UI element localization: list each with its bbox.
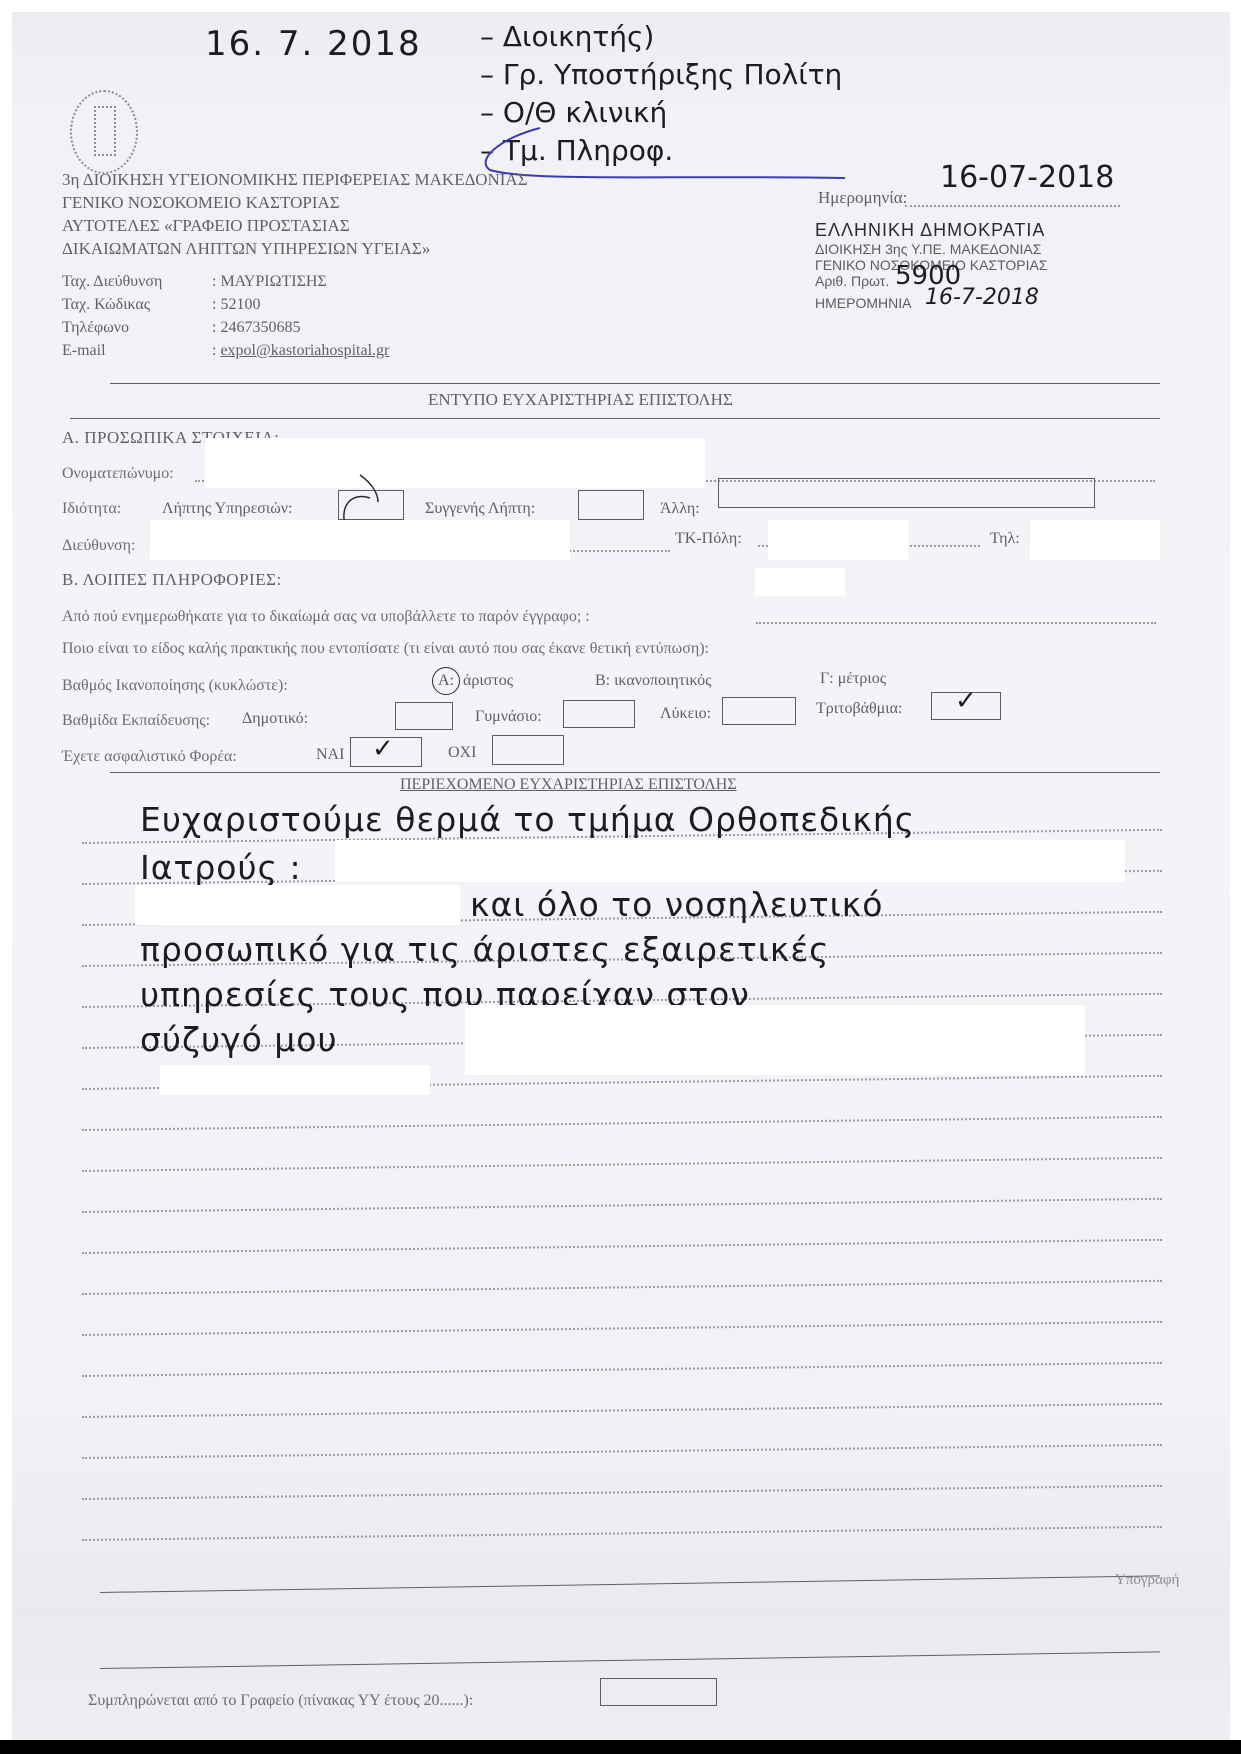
- check-mark-icon: ✓: [955, 686, 977, 716]
- relative-label: Συγγενής Λήπτη:: [425, 500, 535, 518]
- education-gymnasium-label: Γυμνάσιο:: [475, 708, 542, 726]
- satisfaction-option-a-label: άριστος: [463, 672, 513, 690]
- letter-line-3: και όλο το νοσηλευτικό: [470, 885, 883, 924]
- education-label: Βαθμίδα Εκπαίδευσης:: [62, 712, 210, 730]
- redacted-city: [768, 520, 908, 560]
- other-label: Άλλη:: [660, 500, 700, 518]
- letter-rule: [110, 772, 1160, 773]
- education-lyceum-label: Λύκειο:: [660, 705, 711, 723]
- letter-line-2: Ιατρούς :: [140, 848, 302, 887]
- option-key: Α:: [438, 672, 454, 689]
- stamp-line-1: ΕΛΛΗΝΙΚΗ ΔΗΜΟΚΡΑΤΙΑ: [815, 220, 1047, 241]
- handwritten-date: 16. 7. 2018: [205, 24, 422, 64]
- insurance-no-label: ΟΧΙ: [448, 744, 476, 762]
- contact-value: : 52100: [212, 296, 260, 313]
- protocol-stamp: ΕΛΛΗΝΙΚΗ ΔΗΜΟΚΡΑΤΙΑ ΔΙΟΙΚΗΣΗ 3ης Υ.ΠΕ. Μ…: [815, 220, 1047, 317]
- contact-value: : 2467350685: [212, 319, 300, 336]
- redacted-signature-text: [465, 1005, 1085, 1075]
- redacted-phone: [1030, 520, 1160, 560]
- option-label: μέτριος: [838, 670, 886, 687]
- date-field-dots: [905, 205, 1120, 207]
- option-key: Γ:: [820, 670, 834, 687]
- how-informed-field[interactable]: [756, 622, 1156, 624]
- date-field-label: Ημερομηνία:: [818, 188, 907, 208]
- name-label: Ονοματεπώνυμο:: [62, 465, 174, 483]
- section-b-title: Β. ΛΟΙΠΕΣ ΠΛΗΡΟΦΟΡΙΕΣ:: [62, 570, 282, 590]
- redacted-address: [150, 520, 570, 560]
- redacted-extra: [755, 568, 845, 596]
- signature-label: Υπογραφή: [1115, 1572, 1179, 1589]
- letterhead-line-1: 3η ΔΙΟΙΚΗΣΗ ΥΓΕΙΟΝΟΜΙΚΗΣ ΠΕΡΙΦΕΡΕΙΑΣ ΜΑΚ…: [62, 168, 528, 191]
- letter-title: ΠΕΡΙΕΧΟΜΕΝΟ ΕΥΧΑΡΙΣΤΗΡΙΑΣ ΕΠΙΣΤΟΛΗΣ: [400, 776, 737, 794]
- postcode-city-label: ΤΚ-Πόλη:: [675, 530, 742, 548]
- office-note: Συμπληρώνεται από το Γραφείο (πίνακας ΥΥ…: [88, 1692, 473, 1710]
- contact-label: Ταχ. Διεύθυνση: [62, 270, 212, 293]
- letter-line-1: Ευχαριστούμε θερμά το τμήμα Ορθοπεδικής: [140, 800, 915, 839]
- letterhead-line-3: ΑΥΤΟΤΕΛΕΣ «ΓΡΑΦΕΙΟ ΠΡΟΣΤΑΣΙΑΣ: [62, 214, 528, 237]
- insurance-yes-label: ΝΑΙ: [316, 746, 344, 764]
- contact-block: Ταχ. Διεύθυνση: ΜΑΥΡΙΩΤΙΣΗΣ Ταχ. Κώδικας…: [62, 270, 389, 362]
- other-field[interactable]: [718, 478, 1095, 508]
- scan-bottom-border: [0, 1740, 1241, 1754]
- letterhead: 3η ΔΙΟΙΚΗΣΗ ΥΓΕΙΟΝΟΜΙΚΗΣ ΠΕΡΙΦΕΡΕΙΑΣ ΜΑΚ…: [62, 168, 528, 260]
- option-key: Β:: [595, 672, 610, 689]
- relative-checkbox[interactable]: [578, 490, 644, 520]
- recipient-label: Λήπτης Υπηρεσιών:: [162, 500, 292, 518]
- education-primary-checkbox[interactable]: [395, 702, 453, 730]
- date-field-value: 16-07-2018: [940, 160, 1114, 195]
- capacity-label: Ιδιότητα:: [62, 500, 121, 518]
- letter-line-6: σύζυγό μου: [140, 1020, 338, 1059]
- satisfaction-label: Βαθμός Ικανοποίησης (κυκλώστε):: [62, 677, 288, 695]
- contact-value: : ΜΑΥΡΙΩΤΙΣΗΣ: [212, 273, 327, 290]
- insurance-label: Έχετε ασφαλιστικό Φορέα:: [62, 748, 237, 766]
- insurance-no-checkbox[interactable]: [492, 735, 564, 765]
- title-rule-top: [110, 383, 1160, 384]
- contact-label: Ταχ. Κώδικας: [62, 293, 212, 316]
- form-title: ΕΝΤΥΠΟ ΕΥΧΑΡΙΣΤΗΡΙΑΣ ΕΠΙΣΤΟΛΗΣ: [428, 390, 733, 410]
- greek-coat-of-arms-seal-icon: [70, 90, 138, 174]
- redacted-name: [205, 438, 705, 488]
- contact-label: E-mail: [62, 339, 212, 362]
- satisfaction-option-b[interactable]: Β: ικανοποιητικός: [595, 672, 712, 690]
- question-how-informed: Από πού ενημερωθήκατε για το δικαίωμά σα…: [62, 608, 590, 626]
- education-tertiary-label: Τριτοβάθμια:: [816, 700, 902, 718]
- satisfaction-option-c[interactable]: Γ: μέτριος: [820, 670, 886, 688]
- option-label: ικανοποιητικός: [614, 672, 711, 689]
- contact-label: Τηλέφωνο: [62, 316, 212, 339]
- redacted-doctor-names-2: [135, 885, 460, 925]
- stamp-date-value: 16-7-2018: [925, 285, 1039, 310]
- education-primary-label: Δημοτικό:: [242, 710, 308, 728]
- satisfaction-option-a-selected[interactable]: Α:: [432, 667, 460, 695]
- title-rule-bottom: [70, 418, 1160, 419]
- routing-note-1: – Διοικητής): [480, 20, 654, 53]
- stamp-line-2: ΔΙΟΙΚΗΣΗ 3ης Υ.ΠΕ. ΜΑΚΕΔΟΝΙΑΣ: [815, 241, 1047, 257]
- email-link[interactable]: expol@kastoriahospital.gr: [220, 342, 389, 359]
- phone-label: Τηλ:: [990, 530, 1020, 548]
- stamp-protocol-label: Αριθ. Πρωτ.: [815, 273, 889, 289]
- education-lyceum-checkbox[interactable]: [722, 697, 796, 725]
- check-mark-icon: ✓: [372, 734, 394, 764]
- routing-note-2: – Γρ. Υποστήριξης Πολίτη: [480, 58, 842, 91]
- address-label: Διεύθυνση:: [62, 537, 136, 555]
- letterhead-line-4: ΔΙΚΑΙΩΜΑΤΩΝ ΛΗΠΤΩΝ ΥΠΗΡΕΣΙΩΝ ΥΓΕΙΑΣ»: [62, 237, 528, 260]
- letter-line-4: προσωπικό για τις άριστες εξαιρετικές: [140, 930, 830, 969]
- contact-colon: :: [212, 342, 216, 359]
- stamp-date-label: ΗΜΕΡΟΜΗΝΙΑ: [815, 295, 911, 311]
- question-good-practice: Ποιο είναι το είδος καλής πρακτικής που …: [62, 640, 709, 658]
- education-gymnasium-checkbox[interactable]: [563, 700, 635, 728]
- redacted-name-end: [160, 1065, 430, 1095]
- office-table-field[interactable]: [600, 1678, 717, 1706]
- letterhead-line-2: ΓΕΝΙΚΟ ΝΟΣΟΚΟΜΕΙΟ ΚΑΣΤΟΡΙΑΣ: [62, 191, 528, 214]
- redacted-doctor-names: [335, 840, 1125, 882]
